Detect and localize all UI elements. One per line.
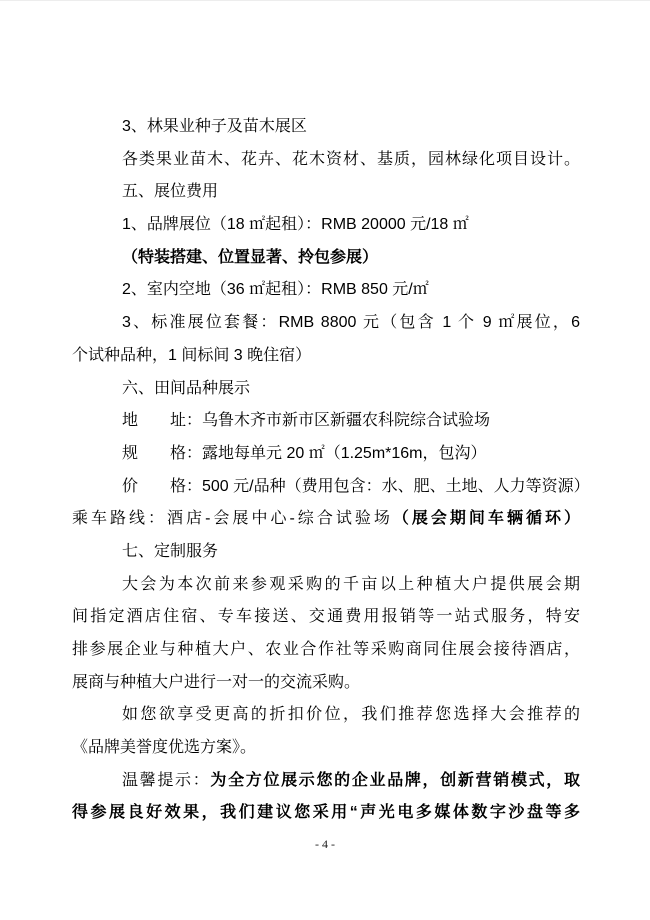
- document-body: 3、林果业种子及苗木展区各类果业苗木、花卉、花木资材、基质，园林绿化项目设计。五…: [72, 111, 580, 830]
- document-page: 3、林果业种子及苗木展区各类果业苗木、花卉、花木资材、基质，园林绿化项目设计。五…: [0, 0, 650, 920]
- text-line: 大会为本次前来参观采购的千亩以上种植大户提供展会期: [72, 569, 580, 602]
- text-run: 1、品牌展位（18 ㎡起租）：RMB 20000 元/18 ㎡: [122, 216, 469, 233]
- text-run: 地 址：乌鲁木齐市新市区新疆农科院综合试验场: [122, 412, 490, 429]
- text-line: 温馨提示：为全方位展示您的企业品牌，创新营销模式，取: [72, 765, 580, 798]
- text-run: 温馨提示：: [122, 772, 210, 789]
- text-line: 七、定制服务: [72, 536, 580, 569]
- text-line: 价 格：500 元/品种（费用包含：水、肥、土地、人力等资源）: [72, 471, 580, 504]
- text-line: 五、展位费用: [72, 176, 580, 209]
- text-run: 3、林果业种子及苗木展区: [122, 118, 307, 135]
- text-line: 《品牌美誉度优选方案》。: [72, 732, 580, 765]
- page-number: - 4 -: [0, 837, 650, 852]
- text-line: 规 格：露地每单元 20 ㎡（1.25m*16m，包沟）: [72, 438, 580, 471]
- text-run: 如您欲享受更高的折扣价位，我们推荐您选择大会推荐的: [122, 706, 580, 723]
- text-run: 规 格：露地每单元 20 ㎡（1.25m*16m，包沟）: [122, 445, 487, 462]
- text-run: 排参展企业与种植大户、农业合作社等采购商同住展会接待酒店，: [72, 641, 580, 658]
- text-run: 间指定酒店住宿、专车接送、交通费用报销等一站式服务，特安: [72, 608, 580, 625]
- bold-text-run: 得参展良好效果，我们建议您采用“声光电多媒体数字沙盘等多: [72, 804, 580, 821]
- text-line: 2、室内空地（36 ㎡起租）：RMB 850 元/㎡: [72, 274, 580, 307]
- text-run: 各类果业苗木、花卉、花木资材、基质，园林绿化项目设计。: [122, 151, 580, 168]
- text-line: 地 址：乌鲁木齐市新市区新疆农科院综合试验场: [72, 405, 580, 438]
- text-run: 五、展位费用: [122, 183, 218, 200]
- text-run: 乘车路线：酒店-会展中心-综合试验场: [72, 510, 393, 527]
- text-line: 各类果业苗木、花卉、花木资材、基质，园林绿化项目设计。: [72, 144, 580, 177]
- text-line: 如您欲享受更高的折扣价位，我们推荐您选择大会推荐的: [72, 699, 580, 732]
- text-run: 大会为本次前来参观采购的千亩以上种植大户提供展会期: [122, 576, 580, 593]
- text-line: 六、田间品种展示: [72, 373, 580, 406]
- bold-text-run: （展会期间车辆循环）: [393, 510, 580, 527]
- text-run: 七、定制服务: [122, 543, 218, 560]
- text-run: 《品牌美誉度优选方案》。: [72, 739, 256, 756]
- text-line: （特装搭建、位置显著、拎包参展）: [72, 242, 580, 275]
- text-run: 个试种品种，1 间标间 3 晚住宿）: [72, 347, 311, 364]
- text-run: 展商与种植大户进行一对一的交流采购。: [72, 674, 360, 691]
- text-run: 六、田间品种展示: [122, 380, 250, 397]
- text-line: 乘车路线：酒店-会展中心-综合试验场（展会期间车辆循环）: [72, 503, 580, 536]
- text-line: 3、林果业种子及苗木展区: [72, 111, 580, 144]
- bold-text-run: 为全方位展示您的企业品牌，创新营销模式，取: [210, 772, 580, 789]
- text-line: 间指定酒店住宿、专车接送、交通费用报销等一站式服务，特安: [72, 601, 580, 634]
- text-line: 得参展良好效果，我们建议您采用“声光电多媒体数字沙盘等多: [72, 797, 580, 830]
- text-line: 1、品牌展位（18 ㎡起租）：RMB 20000 元/18 ㎡: [72, 209, 580, 242]
- text-line: 展商与种植大户进行一对一的交流采购。: [72, 667, 580, 700]
- text-line: 个试种品种，1 间标间 3 晚住宿）: [72, 340, 580, 373]
- text-run: 3、标准展位套餐：RMB 8800 元（包含 1 个 9 ㎡展位，6: [122, 314, 580, 331]
- bold-text-run: （特装搭建、位置显著、拎包参展）: [122, 249, 378, 266]
- text-run: 2、室内空地（36 ㎡起租）：RMB 850 元/㎡: [122, 281, 429, 298]
- text-line: 3、标准展位套餐：RMB 8800 元（包含 1 个 9 ㎡展位，6: [72, 307, 580, 340]
- text-line: 排参展企业与种植大户、农业合作社等采购商同住展会接待酒店，: [72, 634, 580, 667]
- text-run: 价 格：500 元/品种（费用包含：水、肥、土地、人力等资源）: [122, 478, 590, 495]
